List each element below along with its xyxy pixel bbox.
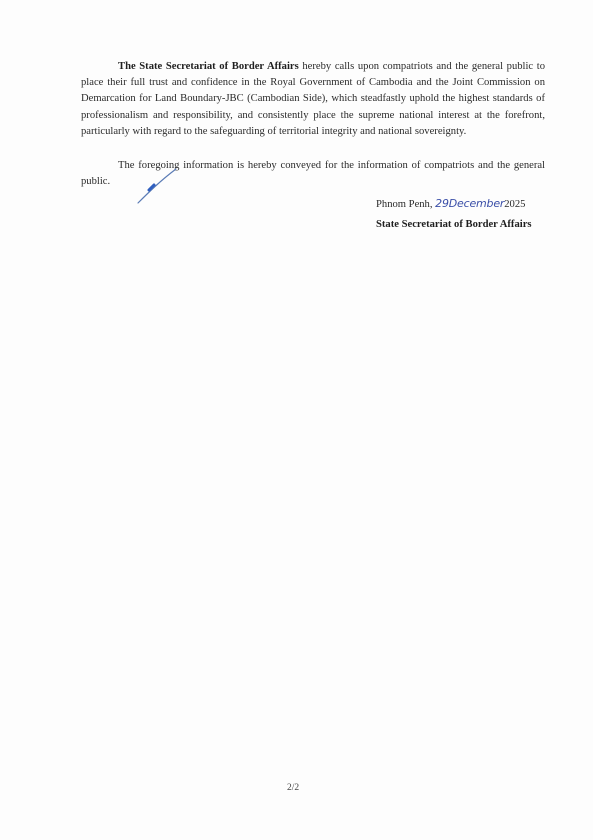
handwritten-date: 29December bbox=[435, 197, 504, 210]
document-page: The State Secretariat of Border Affairs … bbox=[0, 0, 593, 840]
place: Phnom Penh, bbox=[376, 199, 433, 210]
signatory: State Secretariat of Border Affairs bbox=[376, 219, 532, 230]
page-number: 2/2 bbox=[287, 783, 299, 793]
paragraph-lead-bold: The State Secretariat of Border Affairs bbox=[118, 61, 299, 72]
initial-pen-mark-icon bbox=[132, 165, 182, 205]
paragraph-text: hereby calls upon compatriots and the ge… bbox=[81, 61, 545, 137]
paragraph-call-upon: The State Secretariat of Border Affairs … bbox=[81, 59, 545, 140]
year: 2025 bbox=[504, 199, 525, 210]
place-and-date: Phnom Penh, 29December2025 bbox=[376, 197, 525, 210]
